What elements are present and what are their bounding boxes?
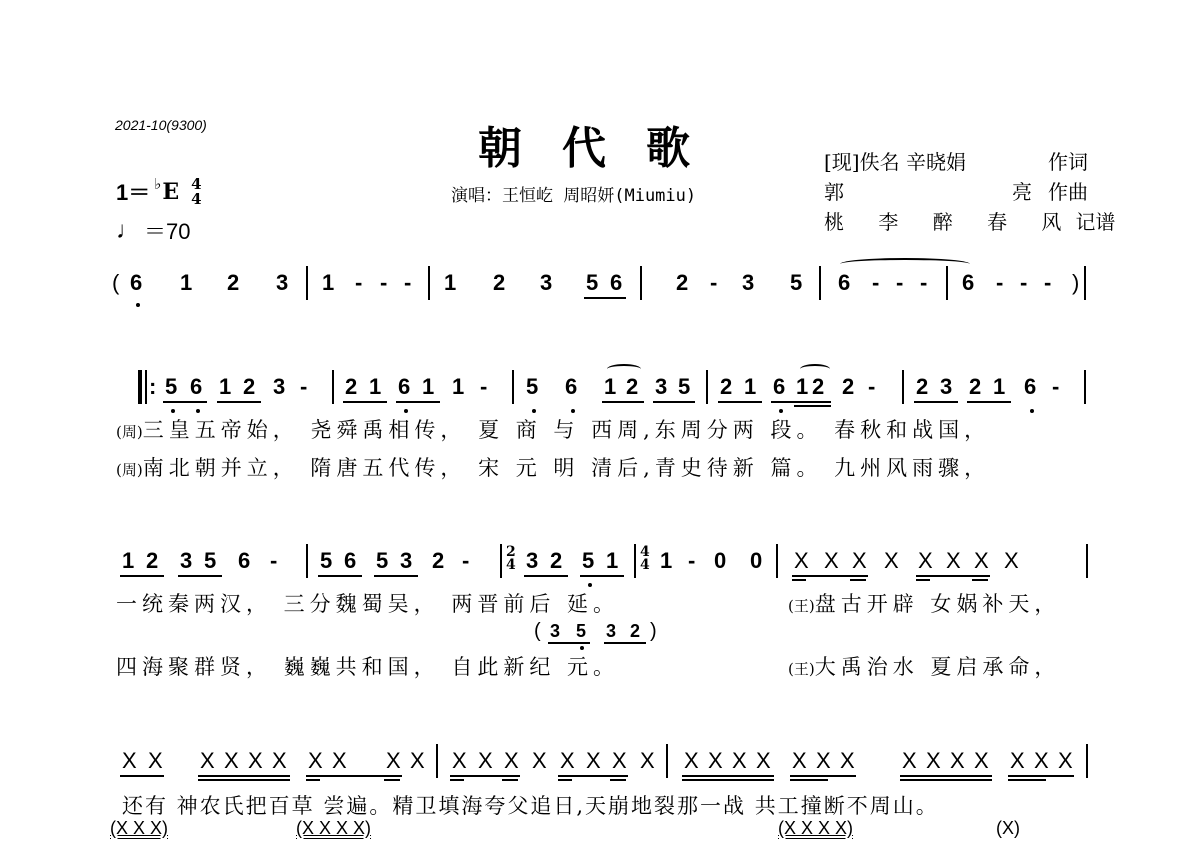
repeat-colon: : xyxy=(149,374,156,400)
note: 1 xyxy=(180,270,192,296)
underline xyxy=(163,401,207,403)
verse2-rap-b: (王)大禹治水 夏启承命， xyxy=(788,651,1060,681)
note: 5 xyxy=(204,548,216,574)
note: 1 xyxy=(796,374,808,400)
underline xyxy=(343,401,387,403)
underline xyxy=(771,401,831,403)
note: 2 xyxy=(550,548,562,574)
verse3-alt-4: (X) xyxy=(996,818,1020,839)
underline xyxy=(916,575,990,577)
underline xyxy=(718,401,762,403)
underline xyxy=(602,401,644,403)
dash: - xyxy=(710,270,717,296)
low-dot xyxy=(1030,409,1034,413)
verse1-lyric-b: (周)南北朝并立， 隋唐五代传， 宋 元 明 清后,青史待新 篇。 九州风雨骤， xyxy=(116,452,990,482)
note: 2 xyxy=(227,270,239,296)
note: 2 xyxy=(626,374,638,400)
double-underline xyxy=(972,579,988,581)
singer-tag: (王) xyxy=(788,597,815,615)
double-underline xyxy=(850,579,866,581)
rhythm-x: X xyxy=(640,748,655,774)
rhythm-x: X xyxy=(824,548,839,574)
note: 1 xyxy=(444,270,456,296)
composer-name-1: 郭 xyxy=(824,177,844,207)
lyricist-role: 作词 xyxy=(1048,147,1088,177)
barline xyxy=(666,744,668,778)
dash: - xyxy=(1052,374,1059,400)
verse3-alt-2: (X X X X) xyxy=(296,818,371,839)
rest: 0 xyxy=(750,548,762,574)
note: 1 xyxy=(452,374,464,400)
underline xyxy=(524,575,568,577)
double-underline xyxy=(610,779,626,781)
verse3-alt-3: (X X X X) xyxy=(778,818,853,839)
repeat-start-thin xyxy=(145,370,147,404)
note: 3 xyxy=(742,270,754,296)
low-dot xyxy=(136,303,140,307)
barline xyxy=(436,744,438,778)
low-dot xyxy=(571,409,575,413)
lyricist-name: [现]佚名 辛晓娟 xyxy=(824,147,966,177)
rhythm-x: X xyxy=(840,748,855,774)
underline xyxy=(584,297,626,299)
barline xyxy=(776,544,778,578)
rhythm-x: X xyxy=(452,748,467,774)
note: 2 xyxy=(432,548,444,574)
verse2-rap-a: (王)盘古开辟 女娲补天， xyxy=(788,588,1060,618)
underline xyxy=(792,575,868,577)
dash: - xyxy=(462,548,469,574)
tie xyxy=(840,258,970,270)
double-underline xyxy=(900,779,992,781)
note: 3 xyxy=(606,618,616,644)
rhythm-x: X xyxy=(974,748,989,774)
lyric-text: 盘古开辟 女娲补天， xyxy=(815,592,1061,616)
barline xyxy=(1086,744,1088,778)
dash: - xyxy=(380,270,387,296)
dash: - xyxy=(920,270,927,296)
time-bottom: 4 xyxy=(640,559,650,572)
rhythm-x: X xyxy=(122,748,137,774)
tempo-value: ＝70 xyxy=(144,215,190,246)
rhythm-x: X xyxy=(332,748,347,774)
barline xyxy=(634,544,636,578)
rhythm-x: X xyxy=(410,748,425,774)
note: 5 xyxy=(790,270,802,296)
underline xyxy=(217,401,261,403)
dash: - xyxy=(300,374,307,400)
rhythm-x: X xyxy=(684,748,699,774)
verse2-lyric-a: 一统秦两汉， 三分魏蜀吴， 两晋前后 延。 xyxy=(116,588,619,618)
paren-open: ( xyxy=(534,618,541,644)
rhythm-x: X xyxy=(1010,748,1025,774)
rhythm-x: X xyxy=(950,748,965,774)
note: 2 xyxy=(243,374,255,400)
dash: - xyxy=(270,548,277,574)
score-code: 2021-10(9300) xyxy=(115,117,207,133)
double-underline xyxy=(450,779,464,781)
singers: 演唱：王恒屹 周昭妍(Miumiu) xyxy=(451,181,696,206)
verse1-lyric-a: (周)三皇五帝始， 尧舜禹相传， 夏 商 与 西周,东周分两 段。 春秋和战国， xyxy=(116,414,990,444)
double-underline xyxy=(792,579,806,581)
rhythm-x: X xyxy=(272,748,287,774)
underline xyxy=(914,401,958,403)
rhythm-x: X xyxy=(586,748,601,774)
note: 5 xyxy=(582,548,594,574)
composer-name-2: 亮 xyxy=(1012,177,1032,207)
note: 1 xyxy=(660,548,672,574)
rhythm-x: X xyxy=(926,748,941,774)
double-underline xyxy=(794,405,831,407)
underline xyxy=(198,775,290,777)
dash: - xyxy=(404,270,411,296)
note: 2 xyxy=(493,270,505,296)
low-dot xyxy=(404,409,408,413)
double-underline xyxy=(682,779,774,781)
note: 6 xyxy=(838,270,850,296)
note: 2 xyxy=(842,374,854,400)
rhythm-x: X xyxy=(792,748,807,774)
transcriber-credit: 桃 李 醉 春 风 记谱 xyxy=(824,207,1088,237)
quarter-note-icon: ♩ xyxy=(116,217,140,245)
note: 3 xyxy=(276,270,288,296)
dash: - xyxy=(1044,270,1051,296)
lyricist-credit: [现]佚名 辛晓娟 作词 xyxy=(824,147,1088,177)
rhythm-x: X xyxy=(732,748,747,774)
paren-close: ) xyxy=(650,618,657,644)
note: 6 xyxy=(773,374,785,400)
rhythm-x: X xyxy=(974,548,989,574)
double-underline xyxy=(558,779,572,781)
note: 2 xyxy=(676,270,688,296)
song-title: 朝代歌 xyxy=(478,112,730,176)
lyric-text: 四海聚群贤， 巍巍共和国， 自此新纪 元。 xyxy=(116,655,619,679)
low-dot xyxy=(171,409,175,413)
note: 1 xyxy=(744,374,756,400)
low-dot xyxy=(532,409,536,413)
rhythm-x: X xyxy=(200,748,215,774)
rhythm-x: X xyxy=(794,548,809,574)
note: 3 xyxy=(400,548,412,574)
barline xyxy=(640,266,642,300)
dash: - xyxy=(868,374,875,400)
note: 1 xyxy=(606,548,618,574)
rhythm-x: X xyxy=(148,748,163,774)
underline xyxy=(450,775,520,777)
rhythm-x: X xyxy=(386,748,401,774)
note: 6 xyxy=(190,374,202,400)
note: 5 xyxy=(376,548,388,574)
note: 2 xyxy=(812,374,824,400)
underline xyxy=(396,401,440,403)
rhythm-x: X xyxy=(756,748,771,774)
double-underline xyxy=(502,779,518,781)
barline xyxy=(1084,370,1086,404)
rhythm-x: X xyxy=(1034,748,1049,774)
double-underline xyxy=(1008,779,1046,781)
underline xyxy=(967,401,1011,403)
paren-open: ( xyxy=(112,270,119,296)
note: 3 xyxy=(180,548,192,574)
rhythm-x: X xyxy=(708,748,723,774)
credits: [现]佚名 辛晓娟 作词 郭 亮 作曲 桃 李 醉 春 风 记谱 xyxy=(824,147,1088,237)
rhythm-x: X xyxy=(504,748,519,774)
low-dot xyxy=(580,646,584,650)
underline xyxy=(120,575,164,577)
underline xyxy=(900,775,992,777)
note: 6 xyxy=(130,270,142,296)
underline xyxy=(306,775,402,777)
underline xyxy=(682,775,774,777)
rhythm-x: X xyxy=(612,748,627,774)
rhythm-x: X xyxy=(884,548,899,574)
note: 2 xyxy=(916,374,928,400)
barline xyxy=(500,544,502,578)
dash: - xyxy=(996,270,1003,296)
dash: - xyxy=(480,374,487,400)
barline xyxy=(306,544,308,578)
rhythm-x: X xyxy=(852,548,867,574)
time-change-2-4: 2 4 xyxy=(506,546,516,572)
slur xyxy=(607,364,641,374)
note: 3 xyxy=(655,374,667,400)
time-signature: 4 4 xyxy=(191,177,201,207)
time-bottom: 4 xyxy=(506,559,516,572)
note: 6 xyxy=(1024,374,1036,400)
rhythm-x: X xyxy=(248,748,263,774)
note: 6 xyxy=(962,270,974,296)
note: 6 xyxy=(238,548,250,574)
lyric-text: 南北朝并立， 隋唐五代传， 宋 元 明 清后,青史待新 篇。 九州风雨骤， xyxy=(143,456,990,480)
note: 6 xyxy=(565,374,577,400)
note: 2 xyxy=(630,618,640,644)
low-dot xyxy=(588,583,592,587)
rhythm-x: X xyxy=(816,748,831,774)
note: 1 xyxy=(122,548,134,574)
transcriber-role: 记谱 xyxy=(1075,207,1115,237)
rhythm-x: X xyxy=(478,748,493,774)
low-dot xyxy=(779,409,783,413)
intro-row: ( 6 1 2 3 1 - - - 1 2 3 5 6 2 - 3 5 6 - … xyxy=(110,270,1090,320)
note: 5 xyxy=(576,618,586,644)
note: 5 xyxy=(320,548,332,574)
note: 1 xyxy=(422,374,434,400)
note: 6 xyxy=(610,270,622,296)
underline xyxy=(374,575,418,577)
barline xyxy=(306,266,308,300)
rhythm-x: X xyxy=(224,748,239,774)
note: 1 xyxy=(369,374,381,400)
double-underline xyxy=(198,779,290,781)
verse3-lyric: 还有 神农氏把百草 尝遍。精卫填海夸父追日,天崩地裂那一战 共工撞断不周山。 xyxy=(122,790,939,820)
repeat-start-thick xyxy=(138,370,142,404)
barline xyxy=(1084,266,1086,300)
underline xyxy=(653,401,695,403)
note: 1 xyxy=(219,374,231,400)
lyric-text: 还有 神农氏把百草 尝遍。精卫填海夸父追日,天崩地裂那一战 共工撞断不周山。 xyxy=(122,794,939,818)
transcriber-name: 桃 李 醉 春 风 xyxy=(824,207,1075,237)
note: 3 xyxy=(273,374,285,400)
note: 6 xyxy=(398,374,410,400)
flat-icon: ♭ xyxy=(154,175,161,193)
tempo-marking: ♩ ＝70 xyxy=(116,215,190,246)
underline xyxy=(580,575,624,577)
dash: - xyxy=(896,270,903,296)
note: 2 xyxy=(969,374,981,400)
note: 2 xyxy=(146,548,158,574)
barline xyxy=(706,370,708,404)
singer-tag: (周) xyxy=(116,423,143,441)
dash: - xyxy=(688,548,695,574)
low-dot xyxy=(196,409,200,413)
lyric-text: 大禹治水 夏启承命， xyxy=(815,655,1061,679)
note: 2 xyxy=(720,374,732,400)
note: 5 xyxy=(526,374,538,400)
note: 1 xyxy=(604,374,616,400)
barline xyxy=(946,266,948,300)
note: 6 xyxy=(344,548,356,574)
paren-close: ) xyxy=(1072,270,1079,296)
underline xyxy=(318,575,362,577)
barline xyxy=(819,266,821,300)
barline xyxy=(512,370,514,404)
rhythm-x: X xyxy=(946,548,961,574)
underline xyxy=(1008,775,1074,777)
singer-tag: (王) xyxy=(788,660,815,678)
note: 5 xyxy=(586,270,598,296)
verse2-lyric-b: 四海聚群贤， 巍巍共和国， 自此新纪 元。 xyxy=(116,651,619,681)
slur xyxy=(800,364,830,374)
double-underline xyxy=(306,779,320,781)
dash: - xyxy=(355,270,362,296)
key-signature: 1＝ ♭ E 4 4 xyxy=(116,176,202,207)
time-bottom: 4 xyxy=(191,192,201,207)
rhythm-x: X xyxy=(1004,548,1019,574)
verse3-alt-1: (X X X) xyxy=(110,818,168,839)
rest: 0 xyxy=(714,548,726,574)
barline xyxy=(332,370,334,404)
underline xyxy=(604,642,646,644)
note: 3 xyxy=(540,270,552,296)
double-underline xyxy=(384,779,400,781)
underline xyxy=(120,775,164,777)
dash: - xyxy=(1020,270,1027,296)
note: 2 xyxy=(345,374,357,400)
composer-role: 作曲 xyxy=(1048,177,1088,207)
double-underline xyxy=(916,579,930,581)
lyric-text: 一统秦两汉， 三分魏蜀吴， 两晋前后 延。 xyxy=(116,592,619,616)
underline xyxy=(790,775,856,777)
note: 3 xyxy=(550,618,560,644)
note: 1 xyxy=(993,374,1005,400)
note: 3 xyxy=(526,548,538,574)
rhythm-x: X xyxy=(532,748,547,774)
key-prefix: 1＝ xyxy=(116,176,150,207)
rhythm-x: X xyxy=(918,548,933,574)
rhythm-x: X xyxy=(560,748,575,774)
barline xyxy=(428,266,430,300)
rhythm-x: X xyxy=(308,748,323,774)
double-underline xyxy=(790,779,828,781)
singer-tag: (周) xyxy=(116,461,143,479)
key-note: E xyxy=(162,179,179,205)
barline xyxy=(1086,544,1088,578)
note: 5 xyxy=(678,374,690,400)
time-change-4-4: 4 4 xyxy=(640,546,650,572)
underline xyxy=(548,642,590,644)
rhythm-x: X xyxy=(902,748,917,774)
composer-credit: 郭 亮 作曲 xyxy=(824,177,1088,207)
note: 1 xyxy=(322,270,334,296)
dash: - xyxy=(872,270,879,296)
rhythm-x: X xyxy=(1058,748,1073,774)
note: 5 xyxy=(165,374,177,400)
note: 3 xyxy=(940,374,952,400)
underline xyxy=(178,575,222,577)
barline xyxy=(902,370,904,404)
lyric-text: 三皇五帝始， 尧舜禹相传， 夏 商 与 西周,东周分两 段。 春秋和战国， xyxy=(143,418,990,442)
underline xyxy=(558,775,628,777)
